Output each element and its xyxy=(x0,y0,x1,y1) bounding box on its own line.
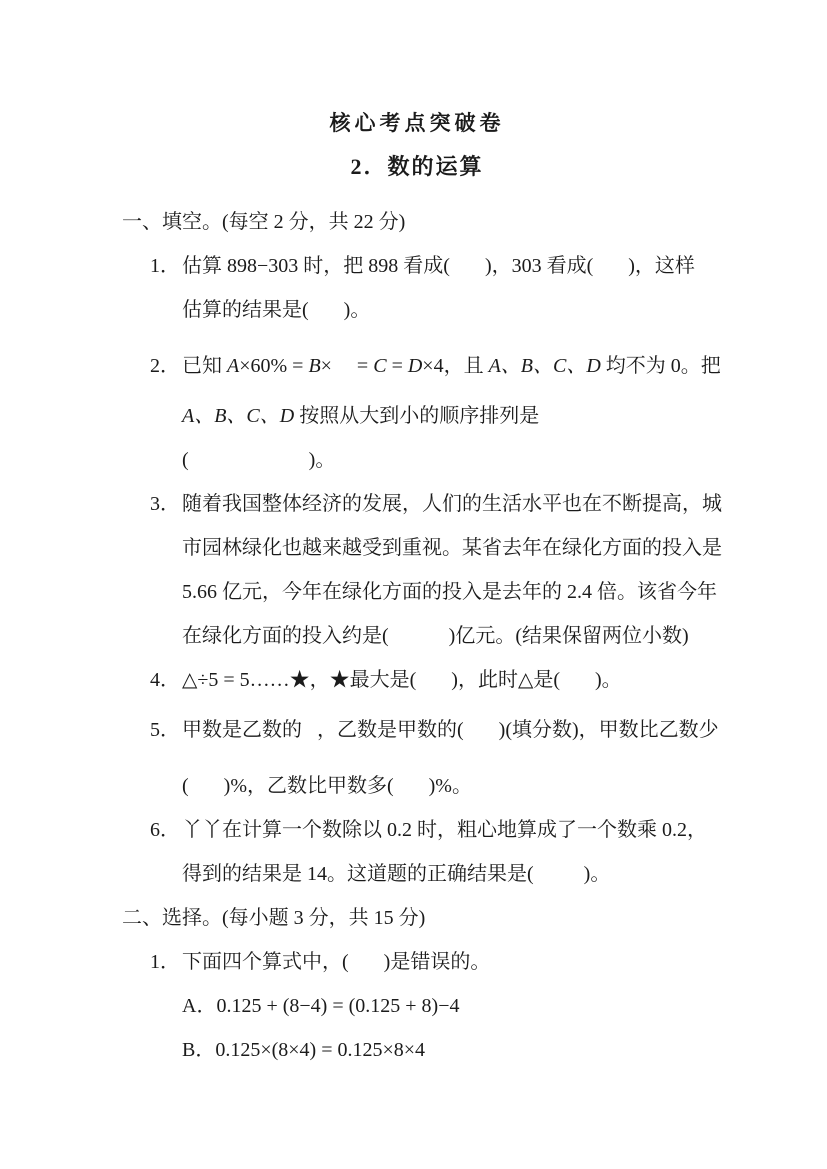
question-line: 估算 898−303 时，把 898 看成( )，303 看成( )，这样 xyxy=(182,244,712,288)
section-2-heading: 二、选择。(每小题 3 分，共 15 分) xyxy=(122,896,712,940)
question-number: 1． xyxy=(150,940,180,984)
exam-subtitle: 2．数的运算 xyxy=(122,154,712,180)
question-line: 估算的结果是( )。 xyxy=(182,288,712,332)
question-s1-6: 6． 丫丫在计算一个数除以 0.2 时，粗心地算成了一个数乘 0.2， 得到的结… xyxy=(122,808,712,896)
text-segment: 均不为 0。把 xyxy=(601,355,721,377)
question-line: 得到的结果是 14。这道题的正确结果是( )。 xyxy=(182,852,712,896)
variable-a: A xyxy=(227,355,239,377)
question-line: 5.66 亿元，今年在绿化方面的投入是去年的 2.4 倍。该省今年 xyxy=(182,570,712,614)
exam-paper: 核心考点突破卷 2．数的运算 一、填空。(每空 2 分，共 22 分) 1． 估… xyxy=(0,0,827,1169)
text-segment: 按照从大到小的顺序排列是 xyxy=(294,405,539,427)
text-segment: × = xyxy=(321,355,374,377)
question-s1-2: 2． 已知 A×60% = B× = C = D×4，且 A、B、C、D 均不为… xyxy=(122,344,712,482)
question-s1-1: 1． 估算 898−303 时，把 898 看成( )，303 看成( )，这样… xyxy=(122,244,712,332)
option-b: B．0.125×(8×4) = 0.125×8×4 xyxy=(182,1028,712,1072)
question-line: ( )。 xyxy=(182,438,712,482)
text-segment: ×60% = xyxy=(239,355,308,377)
text-segment: = xyxy=(387,355,408,377)
question-line: 下面四个算式中，( )是错误的。 xyxy=(182,940,712,984)
question-line: 丫丫在计算一个数除以 0.2 时，粗心地算成了一个数乘 0.2， xyxy=(182,808,712,852)
variable-b: B xyxy=(308,355,320,377)
question-number: 4． xyxy=(150,658,180,702)
question-number: 2． xyxy=(150,344,180,388)
question-line: ( )%，乙数比甲数多( )%。 xyxy=(182,764,712,808)
text-segment: 已知 xyxy=(182,355,227,377)
question-line: 市园林绿化也越来越受到重视。某省去年在绿化方面的投入是 xyxy=(182,526,712,570)
question-line: △÷5 = 5……★，★最大是( )，此时△是( )。 xyxy=(182,658,712,702)
question-s2-1: 1． 下面四个算式中，( )是错误的。 A．0.125 + (8−4) = (0… xyxy=(122,940,712,1072)
variable-c: C xyxy=(373,355,386,377)
paper-content: 核心考点突破卷 2．数的运算 一、填空。(每空 2 分，共 22 分) 1． 估… xyxy=(122,110,712,1072)
question-number: 6． xyxy=(150,808,180,852)
text-segment: ×4，且 xyxy=(422,355,488,377)
question-s1-4: 4． △÷5 = 5……★，★最大是( )，此时△是( )。 xyxy=(122,658,712,702)
question-line: 甲数是乙数的 ，乙数是甲数的( )(填分数)，甲数比乙数少 xyxy=(182,708,712,752)
variable-list: A、B、C、D xyxy=(489,355,601,377)
question-line: 已知 A×60% = B× = C = D×4，且 A、B、C、D 均不为 0。… xyxy=(182,344,712,388)
question-line: A、B、C、D 按照从大到小的顺序排列是 xyxy=(182,394,712,438)
question-s1-5: 5． 甲数是乙数的 ，乙数是甲数的( )(填分数)，甲数比乙数少 ( )%，乙数… xyxy=(122,708,712,808)
question-number: 3． xyxy=(150,482,180,526)
variable-list: A、B、C、D xyxy=(182,405,294,427)
option-a: A．0.125 + (8−4) = (0.125 + 8)−4 xyxy=(182,984,712,1028)
variable-d: D xyxy=(408,355,422,377)
question-number: 1． xyxy=(150,244,180,288)
question-line: 随着我国整体经济的发展，人们的生活水平也在不断提高，城 xyxy=(182,482,712,526)
question-number: 5． xyxy=(150,708,180,752)
question-line: 在绿化方面的投入约是( )亿元。(结果保留两位小数) xyxy=(182,614,712,658)
section-1-heading: 一、填空。(每空 2 分，共 22 分) xyxy=(122,200,712,244)
exam-title: 核心考点突破卷 xyxy=(122,110,712,136)
question-s1-3: 3． 随着我国整体经济的发展，人们的生活水平也在不断提高，城 市园林绿化也越来越… xyxy=(122,482,712,658)
